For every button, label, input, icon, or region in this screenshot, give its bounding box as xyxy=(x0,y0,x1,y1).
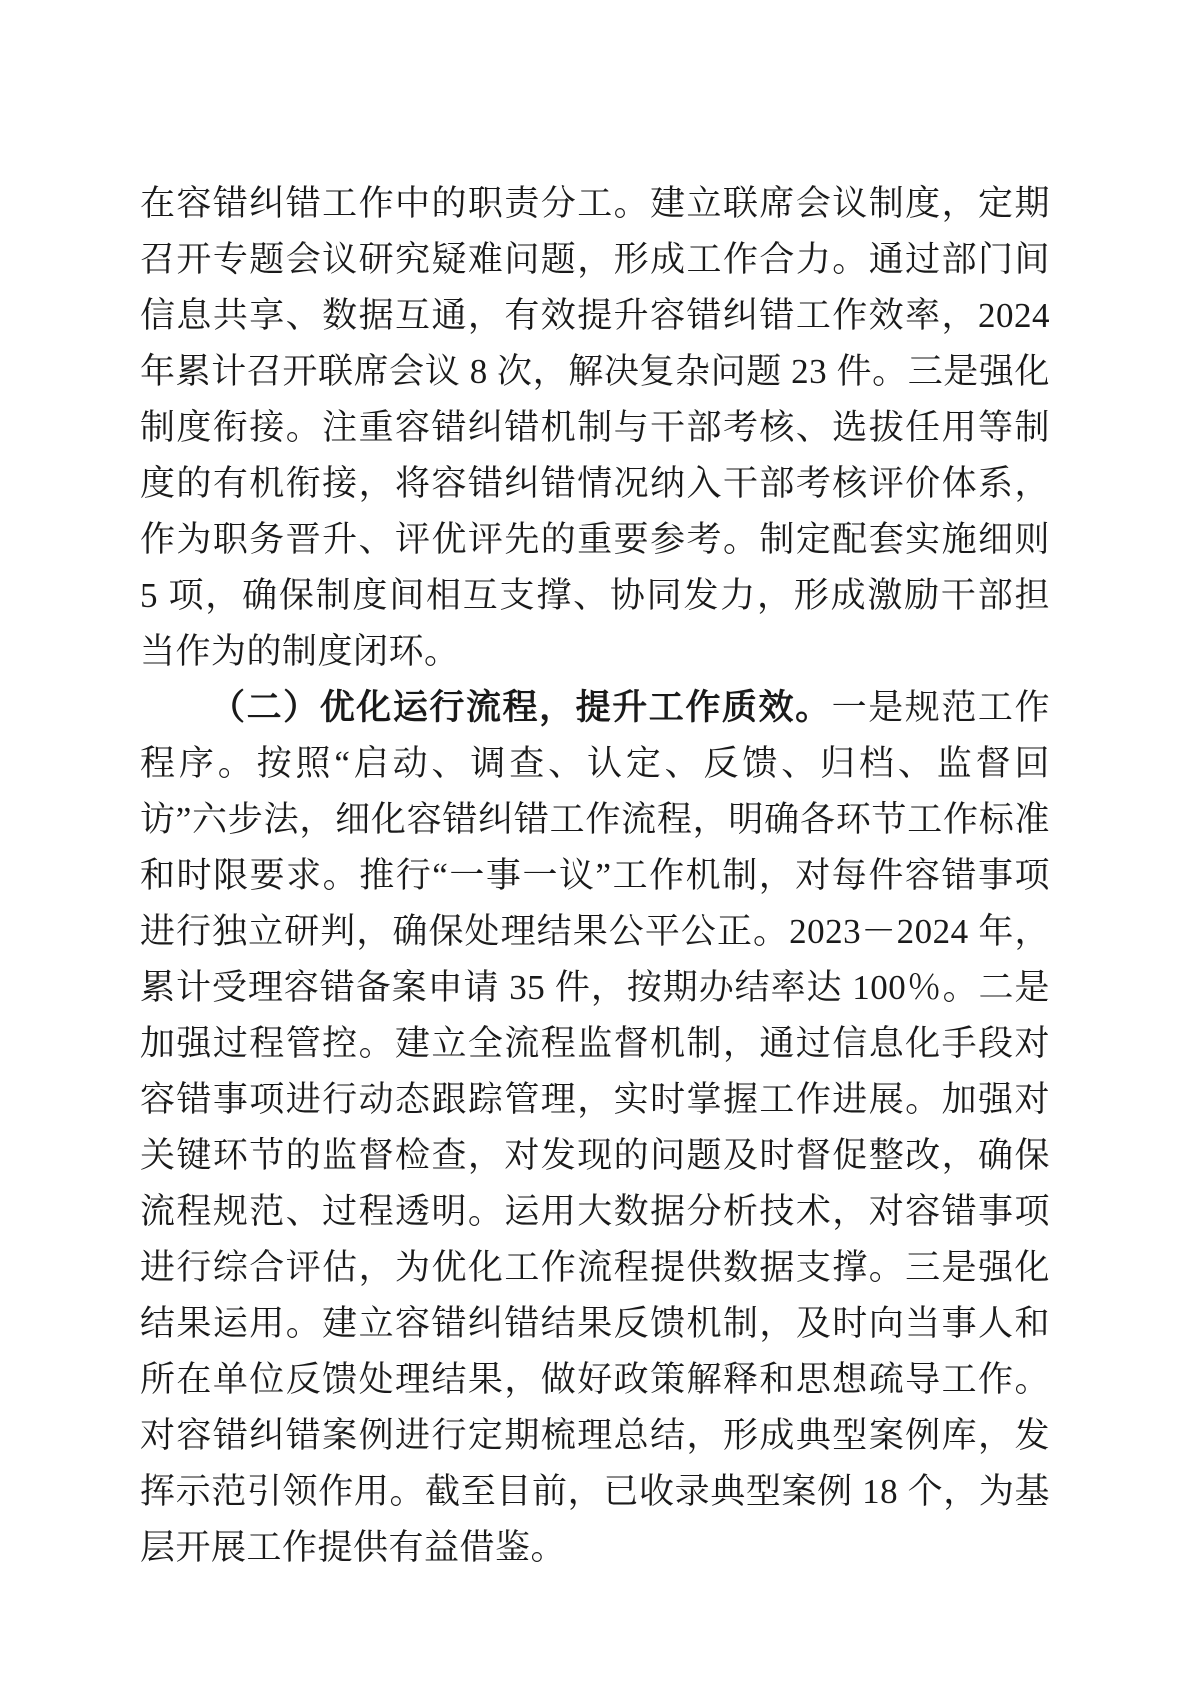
text-segment: 一是规范工作程序。按照“启动、调查、认定、反馈、归档、监督回访”六步法，细化容错… xyxy=(140,688,1050,1567)
paragraph-continued-from-previous-page: 在容错纠错工作中的职责分工。建立联席会议制度，定期召开专题会议研究疑难问题，形成… xyxy=(140,176,1050,680)
document-body: 在容错纠错工作中的职责分工。建立联席会议制度，定期召开专题会议研究疑难问题，形成… xyxy=(140,176,1050,1576)
paragraph-section-two: （二）优化运行流程，提升工作质效。一是规范工作程序。按照“启动、调查、认定、反馈… xyxy=(140,680,1050,1576)
document-page: 在容错纠错工作中的职责分工。建立联席会议制度，定期召开专题会议研究疑难问题，形成… xyxy=(0,0,1190,1683)
section-heading: （二）优化运行流程，提升工作质效。 xyxy=(210,688,832,727)
text-segment: 在容错纠错工作中的职责分工。建立联席会议制度，定期召开专题会议研究疑难问题，形成… xyxy=(140,184,1050,671)
